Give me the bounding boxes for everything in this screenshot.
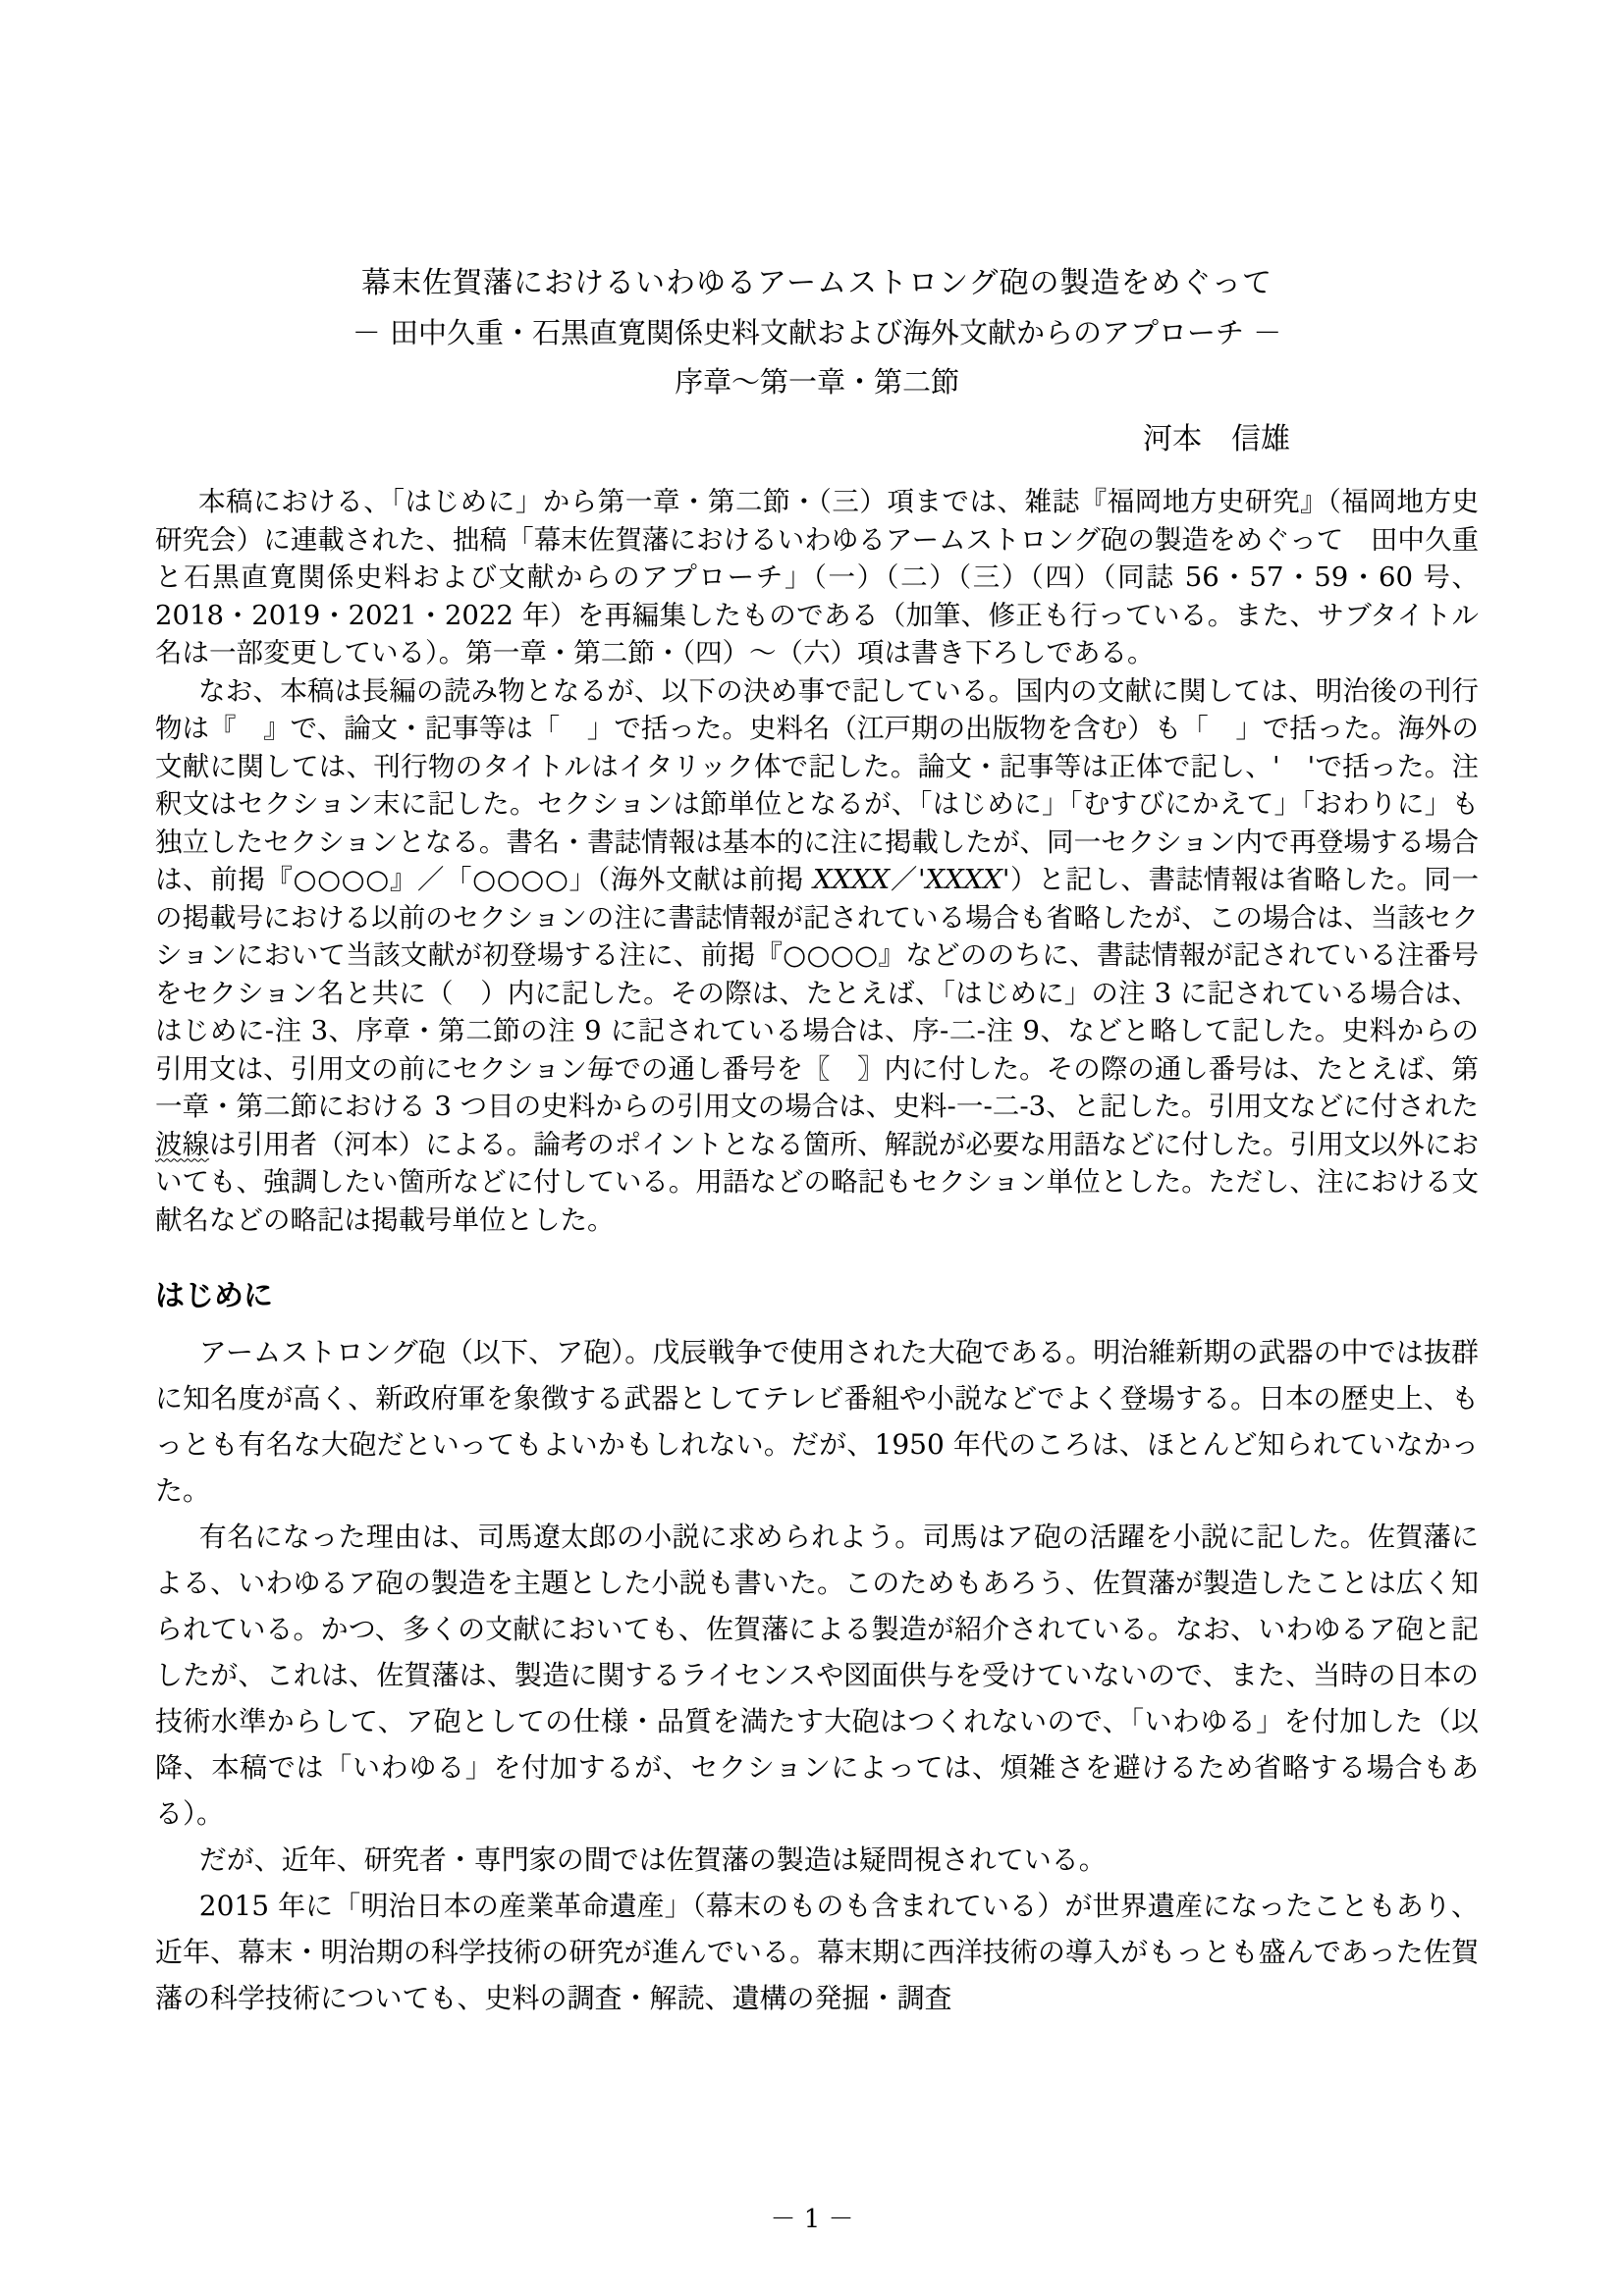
text-segment: アームストロング砲（以下、ア砲）。戊辰戦争で使用された大砲である。明治維新期の武…: [155, 1336, 1479, 1507]
paragraph: アームストロング砲（以下、ア砲）。戊辰戦争で使用された大砲である。明治維新期の武…: [155, 1329, 1479, 1514]
author-name: 河本 信雄: [155, 422, 1479, 457]
document-page: 幕末佐賀藩におけるいわゆるアームストロング砲の製造をめぐって － 田中久重・石黒…: [0, 0, 1624, 2296]
paragraph: だが、近年、研究者・専門家の間では佐賀藩の製造は疑問視されている。: [155, 1837, 1479, 1883]
section-heading-hajimeni: はじめに: [155, 1278, 1479, 1315]
text-segment: は引用者（河本）による。論考のポイントとなる箇所、解説が必要な用語などに付した。…: [155, 1129, 1479, 1236]
text-segment: なお、本稿は長編の読み物となるが、以下の決め事で記している。国内の文献に関しては…: [155, 675, 1479, 896]
text-segment: 'XXXX': [918, 864, 1009, 895]
page-content: 幕末佐賀藩におけるいわゆるアームストロング砲の製造をめぐって － 田中久重・石黒…: [155, 0, 1479, 2021]
text-segment: ）と記し、書誌情報は省略した。同一の掲載号における以前のセクションの注に書誌情報…: [155, 864, 1479, 1122]
paragraph: なお、本稿は長編の読み物となるが、以下の決め事で記している。国内の文献に関しては…: [155, 672, 1479, 1240]
text-segment: だが、近年、研究者・専門家の間では佐賀藩の製造は疑問視されている。: [199, 1843, 1107, 1876]
preamble-paragraphs: 本稿における、「はじめに」から第一章・第二節・（三）項までは、雑誌『福岡地方史研…: [155, 483, 1479, 1239]
text-segment: 有名になった理由は、司馬遼太郎の小説に求められよう。司馬はア砲の活躍を小説に記し…: [155, 1521, 1479, 1830]
page-number: － 1 －: [0, 2199, 1624, 2235]
text-segment: 波線: [155, 1129, 209, 1160]
intro-paragraphs: アームストロング砲（以下、ア砲）。戊辰戦争で使用された大砲である。明治維新期の武…: [155, 1329, 1479, 2021]
paragraph: 本稿における、「はじめに」から第一章・第二節・（三）項までは、雑誌『福岡地方史研…: [155, 483, 1479, 672]
paper-title: 幕末佐賀藩におけるいわゆるアームストロング砲の製造をめぐって: [155, 267, 1479, 300]
text-segment: 2015 年に「明治日本の産業革命遺産」（幕末のものも含まれている）が世界遺産に…: [155, 1890, 1479, 2014]
paper-section-range: 序章～第一章・第二節: [155, 365, 1479, 399]
paragraph: 有名になった理由は、司馬遼太郎の小説に求められよう。司馬はア砲の活躍を小説に記し…: [155, 1514, 1479, 1837]
text-segment: XXXX: [813, 864, 890, 895]
text-segment: ／: [890, 864, 918, 895]
title-block: 幕末佐賀藩におけるいわゆるアームストロング砲の製造をめぐって － 田中久重・石黒…: [155, 267, 1479, 399]
paragraph: 2015 年に「明治日本の産業革命遺産」（幕末のものも含まれている）が世界遺産に…: [155, 1883, 1479, 2021]
paper-subtitle: － 田中久重・石黒直寛関係史料文献および海外文献からのアプローチ －: [155, 316, 1479, 349]
text-segment: 本稿における、「はじめに」から第一章・第二節・（三）項までは、雑誌『福岡地方史研…: [155, 486, 1479, 668]
